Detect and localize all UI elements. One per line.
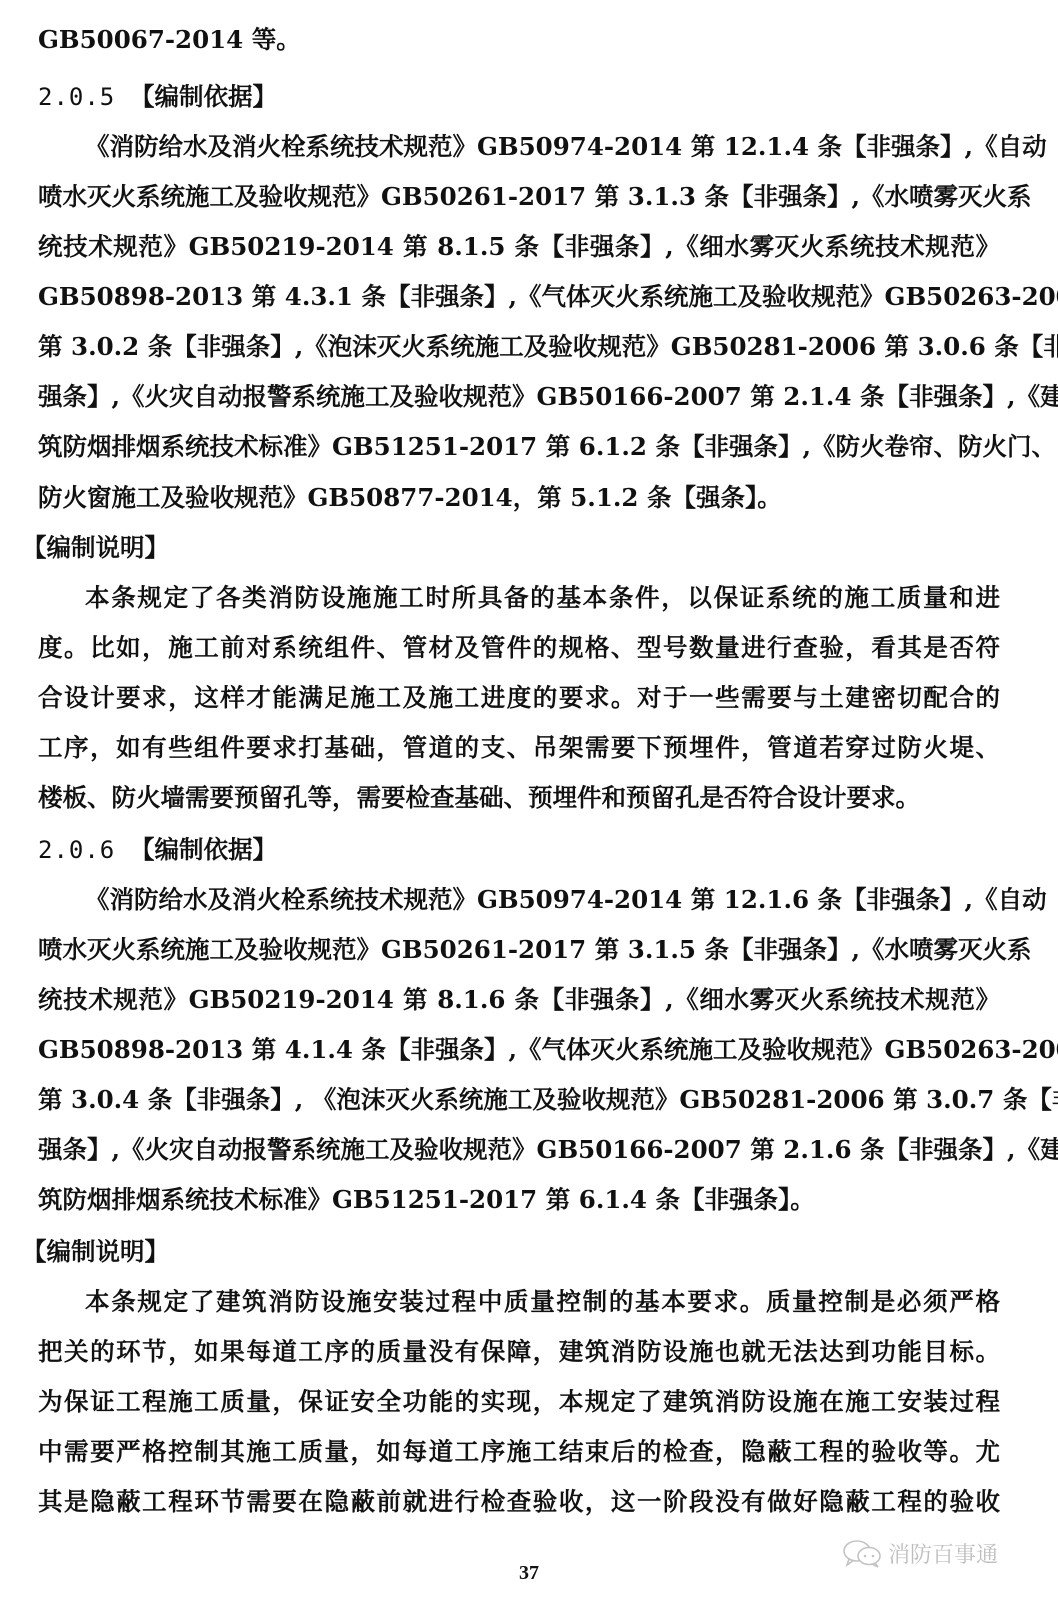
text-line: 度。比如，施工前对系统组件、管材及管件的规格、型号数量进行查验，看其是否符 xyxy=(38,631,1000,665)
text-line: 为保证工程施工质量，保证安全功能的实现，本规定了建筑消防设施在施工安装过程 xyxy=(38,1385,1000,1419)
text-line: GB50898-2013 第 4.3.1 条【非强条】,《气体灭火系统施工及验收… xyxy=(38,280,1000,314)
text-line: 本条规定了各类消防设施施工时所具备的基本条件，以保证系统的施工质量和进 xyxy=(85,581,1000,615)
section-heading-2-0-6: 2.0.6【编制依据】 xyxy=(38,833,1000,867)
text-line: 中需要严格控制其施工质量，如每道工序施工结束后的检查，隐蔽工程的验收等。尤 xyxy=(38,1435,1000,1469)
section-number: 2.0.5 xyxy=(38,80,130,114)
text-line: 工序，如有些组件要求打基础，管道的支、吊架需要下预埋件，管道若穿过防火堤、 xyxy=(38,731,1000,765)
section-note-heading: 【编制说明】 xyxy=(22,1235,984,1269)
text-line: 《消防给水及消火栓系统技术规范》GB50974-2014 第 12.1.6 条【… xyxy=(85,883,1000,917)
text-line: 第 3.0.4 条【非强条】, 《泡沫灭火系统施工及验收规范》GB50281-2… xyxy=(38,1083,1000,1117)
text-line: 合设计要求，这样才能满足施工及施工进度的要求。对于一些需要与土建密切配合的 xyxy=(38,681,1000,715)
text-line: 喷水灭火系统施工及验收规范》GB50261-2017 第 3.1.3 条【非强条… xyxy=(38,180,1000,214)
text-line: 防火窗施工及验收规范》GB50877-2014，第 5.1.2 条【强条】。 xyxy=(38,481,1000,515)
text-line: 第 3.0.2 条【非强条】,《泡沫灭火系统施工及验收规范》GB50281-20… xyxy=(38,330,1000,364)
section-label: 【编制依据】 xyxy=(130,835,277,864)
text-line: 把关的环节，如果每道工序的质量没有保障，建筑消防设施也就无法达到功能目标。 xyxy=(38,1335,1000,1369)
section-label: 【编制依据】 xyxy=(130,82,277,111)
text-line: 其是隐蔽工程环节需要在隐蔽前就进行检查验收，这一阶段没有做好隐蔽工程的验收 xyxy=(38,1485,1000,1519)
text-line: 本条规定了建筑消防设施安装过程中质量控制的基本要求。质量控制是必须严格 xyxy=(85,1285,1000,1319)
text-line: 楼板、防火墙需要预留孔等，需要检查基础、预埋件和预留孔是否符合设计要求。 xyxy=(38,781,1000,815)
text-line: 统技术规范》GB50219-2014 第 8.1.6 条【非强条】,《细水雾灭火… xyxy=(38,983,1000,1017)
text-line: 筑防烟排烟系统技术标准》GB51251-2017 第 6.1.2 条【非强条】,… xyxy=(38,430,1000,464)
document-page: GB50067-2014 等。 2.0.5【编制依据】 《消防给水及消火栓系统技… xyxy=(0,0,1058,1600)
text-line: 强条】,《火灾自动报警系统施工及验收规范》GB50166-2007 第 2.1.… xyxy=(38,1133,1000,1167)
text-line: 统技术规范》GB50219-2014 第 8.1.5 条【非强条】,《细水雾灭火… xyxy=(38,230,1000,264)
text-line: 筑防烟排烟系统技术标准》GB51251-2017 第 6.1.4 条【非强条】。 xyxy=(38,1183,1000,1217)
text-line: 喷水灭火系统施工及验收规范》GB50261-2017 第 3.1.5 条【非强条… xyxy=(38,933,1000,967)
section-heading-2-0-5: 2.0.5【编制依据】 xyxy=(38,80,1000,114)
text-line: GB50898-2013 第 4.1.4 条【非强条】,《气体灭火系统施工及验收… xyxy=(38,1033,1000,1067)
section-number: 2.0.6 xyxy=(38,833,130,867)
text-line: 强条】,《火灾自动报警系统施工及验收规范》GB50166-2007 第 2.1.… xyxy=(38,380,1000,414)
section-note-heading: 【编制说明】 xyxy=(22,531,984,565)
page-number: 37 xyxy=(0,1562,1058,1585)
text-line: GB50067-2014 等。 xyxy=(38,23,1000,57)
text-line: 《消防给水及消火栓系统技术规范》GB50974-2014 第 12.1.4 条【… xyxy=(85,130,1000,164)
